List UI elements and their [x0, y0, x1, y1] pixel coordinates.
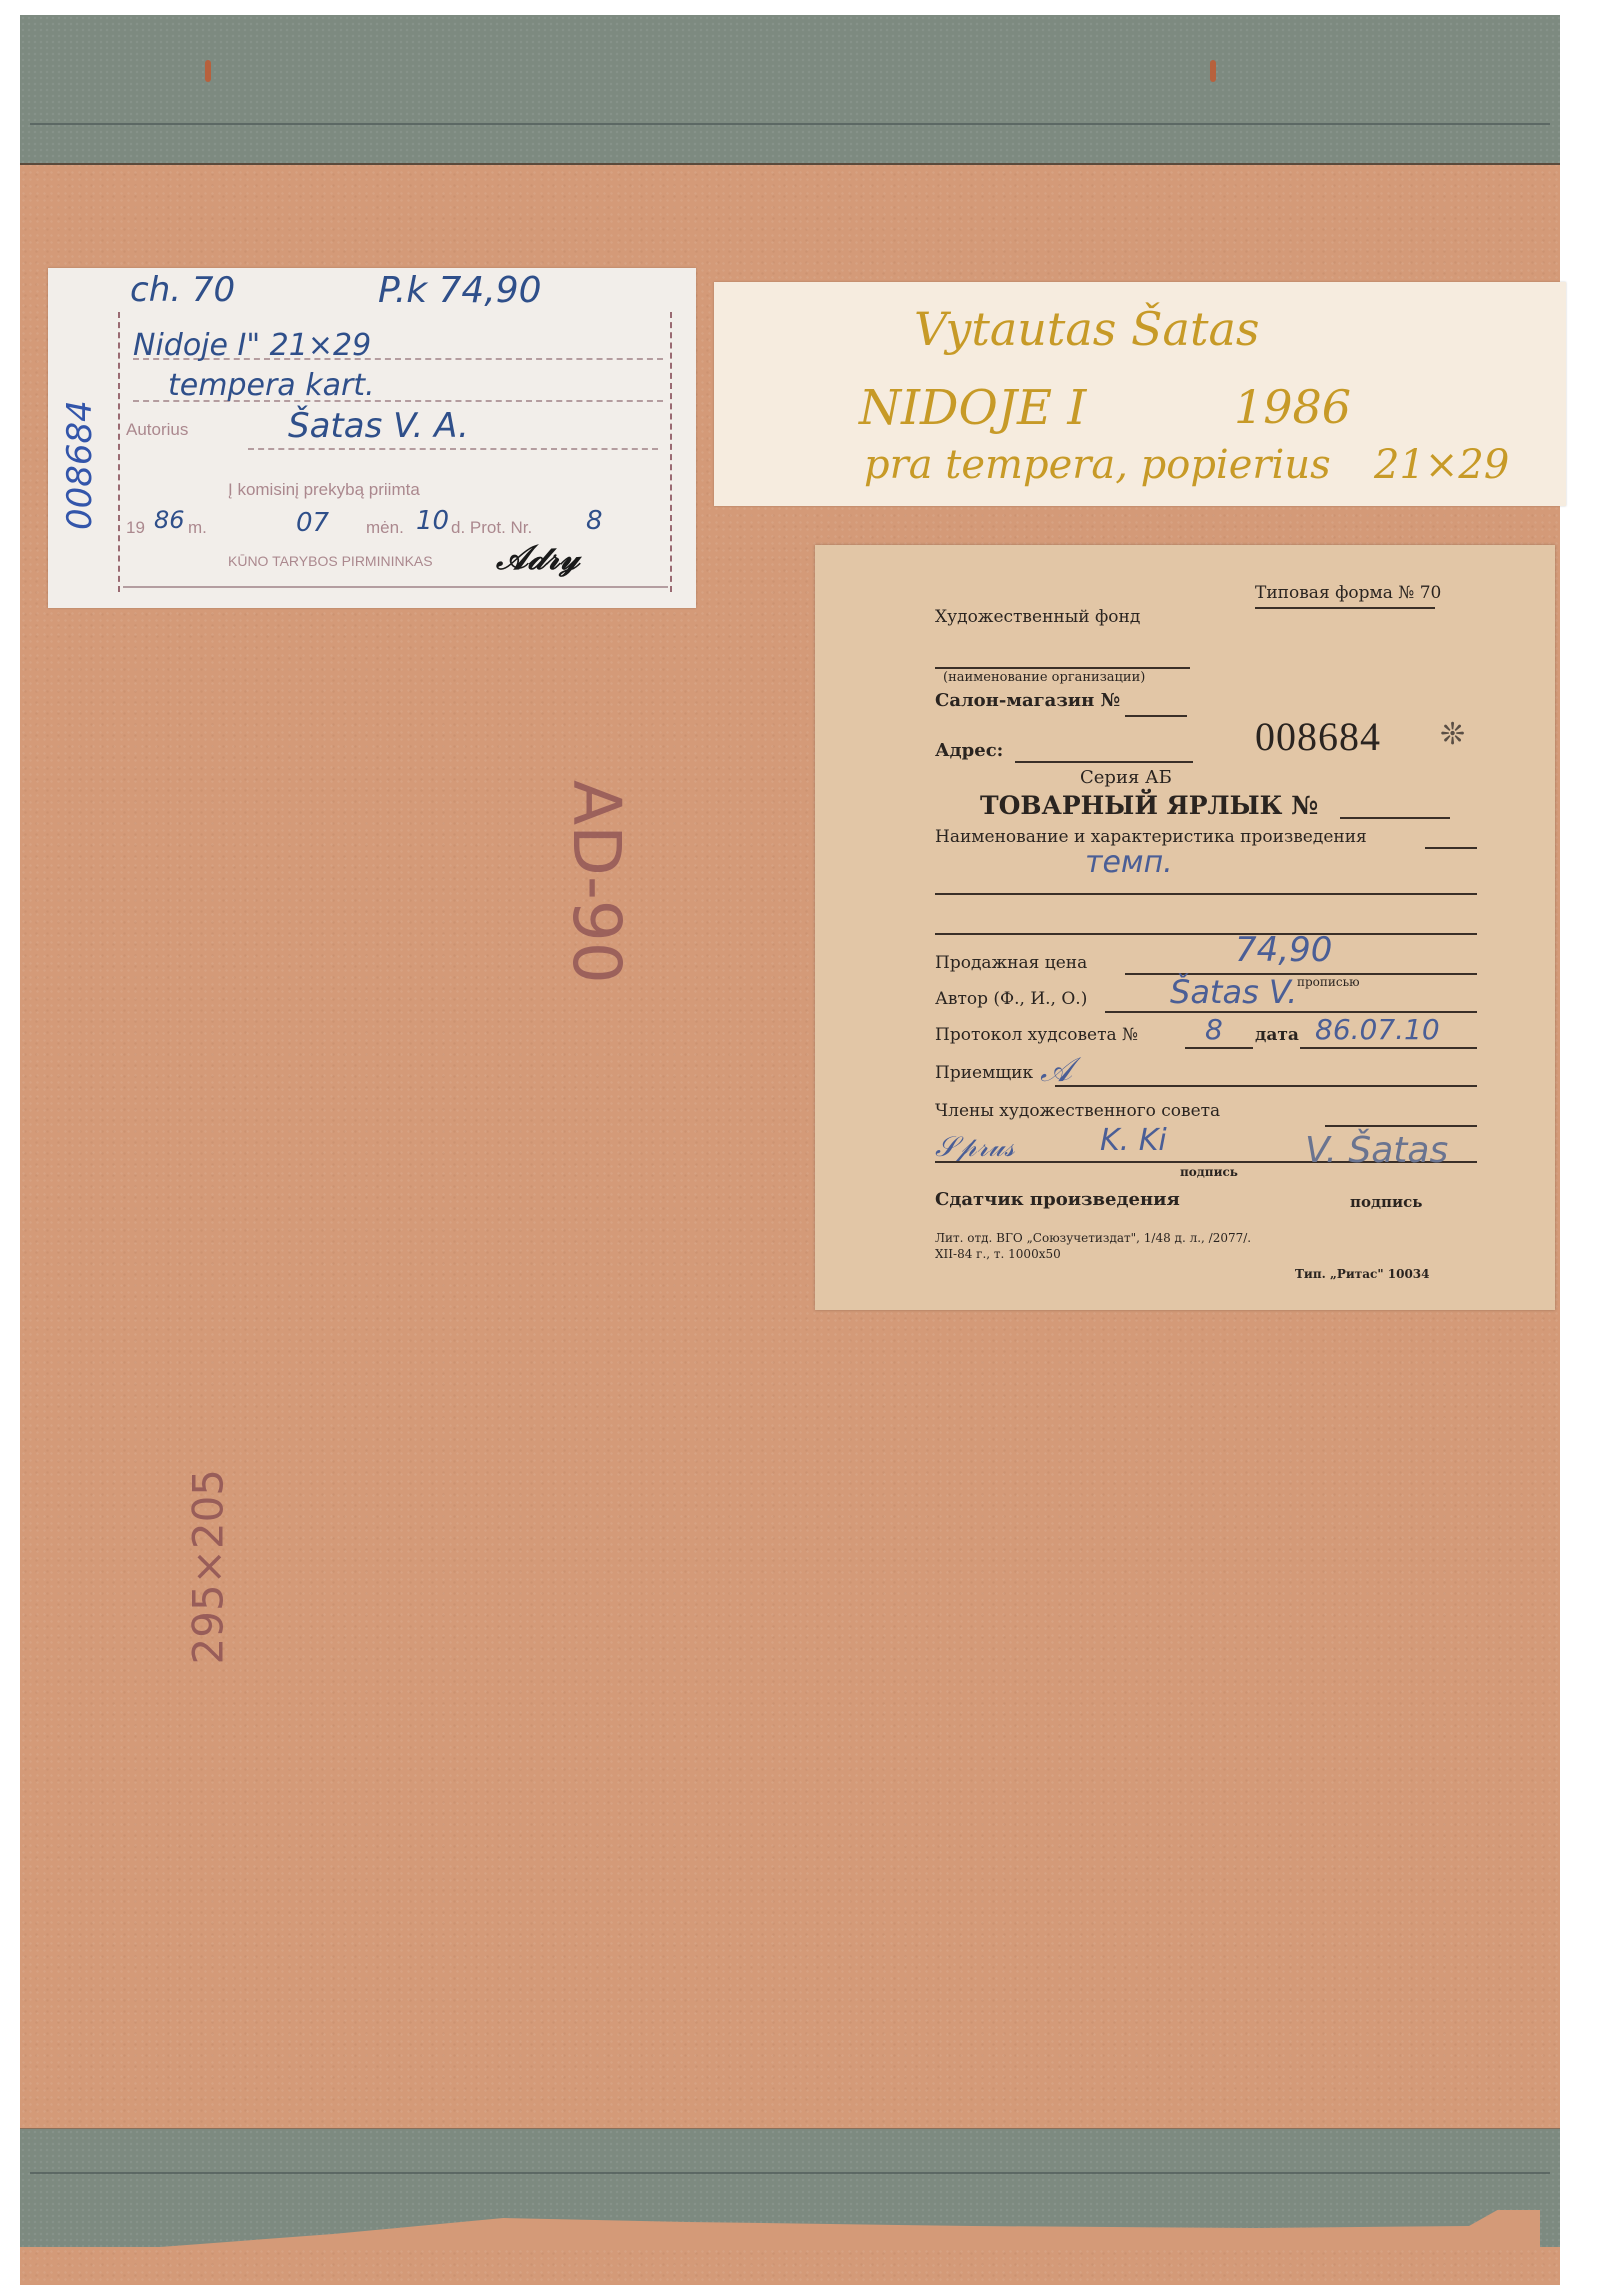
series-label: Серия АБ — [1080, 767, 1172, 788]
form-rule — [935, 667, 1190, 669]
date-row: 19 86 m. 07 mėn. 10 d. Prot. Nr. 8 — [126, 506, 666, 546]
price-label: Продажная цена — [935, 953, 1087, 973]
receipt-price: P.k 74,90 — [378, 270, 542, 311]
serial-number: 008684 — [1255, 713, 1381, 760]
price-value: 74,90 — [1235, 930, 1332, 970]
receipt-code: ch. 70 — [130, 270, 235, 310]
chairman-signature: 𝒜𝒹𝓇𝓎 — [496, 538, 579, 578]
form-rule — [1425, 847, 1477, 849]
council-member-signature: 𝒮𝓅𝓇𝓊𝓈 — [935, 1130, 1014, 1164]
submitter-label: Сдатчик произведения — [935, 1189, 1180, 1210]
receiver-label: Приемщик — [935, 1063, 1033, 1083]
receiver-signature: 𝒜 — [1040, 1050, 1072, 1090]
form-rule — [1255, 607, 1435, 609]
year-suffix: m. — [188, 518, 207, 538]
author-value: Šatas V. — [1170, 973, 1297, 1011]
artwork-medium: pra tempera, popierius — [864, 442, 1331, 488]
month-value: 07 — [296, 508, 329, 538]
form-rule — [1015, 761, 1193, 763]
dotted-line — [248, 448, 658, 450]
name-label: Наименование и характеристика произведен… — [935, 827, 1367, 847]
nail-hole-icon — [1210, 60, 1216, 82]
vertical-inventory-number: 008684 — [60, 400, 100, 530]
fund-name: Художественный фонд — [935, 607, 1140, 627]
dotted-line — [123, 586, 668, 588]
protocol-label: Протокол худсовета № — [935, 1025, 1138, 1045]
nail-hole-icon — [205, 60, 211, 82]
tape-line — [30, 2172, 1550, 2174]
artwork-size: 21×29 — [1374, 442, 1509, 488]
date-value: 86.07.10 — [1315, 1013, 1440, 1046]
name-value: темп. — [1085, 845, 1173, 880]
date-label: дата — [1255, 1025, 1299, 1045]
form-rule — [1340, 817, 1450, 819]
form-rule — [1185, 1047, 1253, 1049]
receipt-author: Šatas V. A. — [288, 406, 469, 446]
accepted-stamp: Į komisinį prekybą priimta — [228, 480, 420, 500]
form-rule — [1055, 1085, 1477, 1087]
form-rule — [1125, 715, 1187, 717]
receipt-title: Nidoje I" 21×29 — [133, 328, 371, 363]
chairman-stamp: KŪNO TARYBOS PIRMININKAS — [228, 553, 433, 569]
year-value: 86 — [154, 506, 185, 534]
form-rule — [935, 893, 1477, 895]
goods-label-form: Типовая форма № 70 Художественный фонд (… — [815, 545, 1555, 1310]
pencil-dimensions: 295×205 — [184, 1365, 233, 1665]
day-value: 10 — [416, 506, 449, 536]
form-rule — [935, 933, 1477, 935]
pencil-code: AD-90 — [558, 780, 635, 984]
commission-receipt-label: 008684 ch. 70 P.k 74,90 Nidoje I" 21×29 … — [48, 268, 696, 608]
org-caption: (наименование организации) — [943, 670, 1145, 685]
month-suffix: mėn. — [366, 518, 404, 538]
submitter-signature: V. Šatas — [1305, 1130, 1448, 1171]
artwork-year: 1986 — [1234, 380, 1351, 434]
top-tape-strip — [20, 15, 1560, 165]
address-label: Адрес: — [935, 740, 1003, 761]
year-prefix: 19 — [126, 518, 145, 538]
salon-label: Салон-магазин № — [935, 690, 1120, 711]
artwork-title: NIDOJE I — [859, 380, 1086, 436]
form-rule — [1300, 1047, 1477, 1049]
council-member-signature-2: K. Ki — [1100, 1123, 1167, 1158]
form-type: Типовая форма № 70 — [1255, 583, 1441, 603]
artist-name: Vytautas Šatas — [914, 302, 1259, 356]
signature-caption: подпись — [1180, 1165, 1238, 1179]
form-heading: ТОВАРНЫЙ ЯРЛЫК № — [980, 791, 1318, 820]
form-rule — [1325, 1125, 1477, 1127]
receipt-medium: tempera kart. — [168, 368, 375, 403]
author-label: Autorius — [126, 420, 188, 440]
price-caption: прописью — [1297, 975, 1360, 989]
tape-line — [30, 123, 1550, 125]
protocol-value: 8 — [586, 506, 603, 536]
printer-line-3: Тип. „Ритас" 10034 — [1295, 1267, 1430, 1281]
day-suffix: d. Prot. Nr. — [451, 518, 532, 538]
author-label: Автор (Ф., И., О.) — [935, 989, 1087, 1009]
printer-line-1: Лит. отд. ВГО „Союзучетиздат", 1/48 д. л… — [935, 1231, 1251, 1245]
council-label: Члены художественного совета — [935, 1101, 1220, 1121]
signature-caption-2: подпись — [1350, 1193, 1422, 1211]
sun-stamp-icon: ❊ — [1440, 717, 1465, 752]
printer-line-2: XII-84 г., т. 1000х50 — [935, 1247, 1061, 1261]
artwork-title-label: Vytautas Šatas NIDOJE I 1986 pra tempera… — [714, 282, 1566, 506]
protocol-value: 8 — [1205, 1013, 1223, 1046]
